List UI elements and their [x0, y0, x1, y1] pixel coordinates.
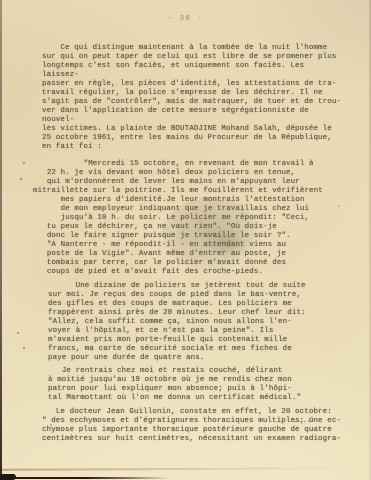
ink-stain-core [203, 226, 251, 258]
fold-crease [0, 467, 358, 470]
scan-edge-bottom [0, 477, 170, 480]
paper-speck [338, 205, 340, 207]
scanned-page: - 36 - Ce qui distingue maintenant à la … [0, 0, 371, 480]
paragraph-complaint-quote-2: Une dizaine de policiers se jetèrent tou… [48, 282, 342, 363]
paragraph-complaint-quote-3: Je rentrais chez moi et restais couché, … [48, 367, 342, 403]
paper-speck [23, 347, 25, 349]
page-number: - 36 - [0, 15, 371, 23]
continuation-mark: .../ [292, 416, 313, 425]
paper-speck [23, 162, 25, 164]
paper-speck [50, 424, 52, 426]
paper-speck [20, 178, 22, 180]
paragraph-intro: Ce qui distingue maintenant à la tombée … [42, 44, 342, 152]
paper-speck [17, 332, 19, 334]
scan-edge-left [0, 0, 2, 480]
paragraph-doctor-report: Le docteur Jean Guillonin, constate en e… [42, 408, 342, 444]
scan-edge-bottom-corner [0, 474, 16, 480]
